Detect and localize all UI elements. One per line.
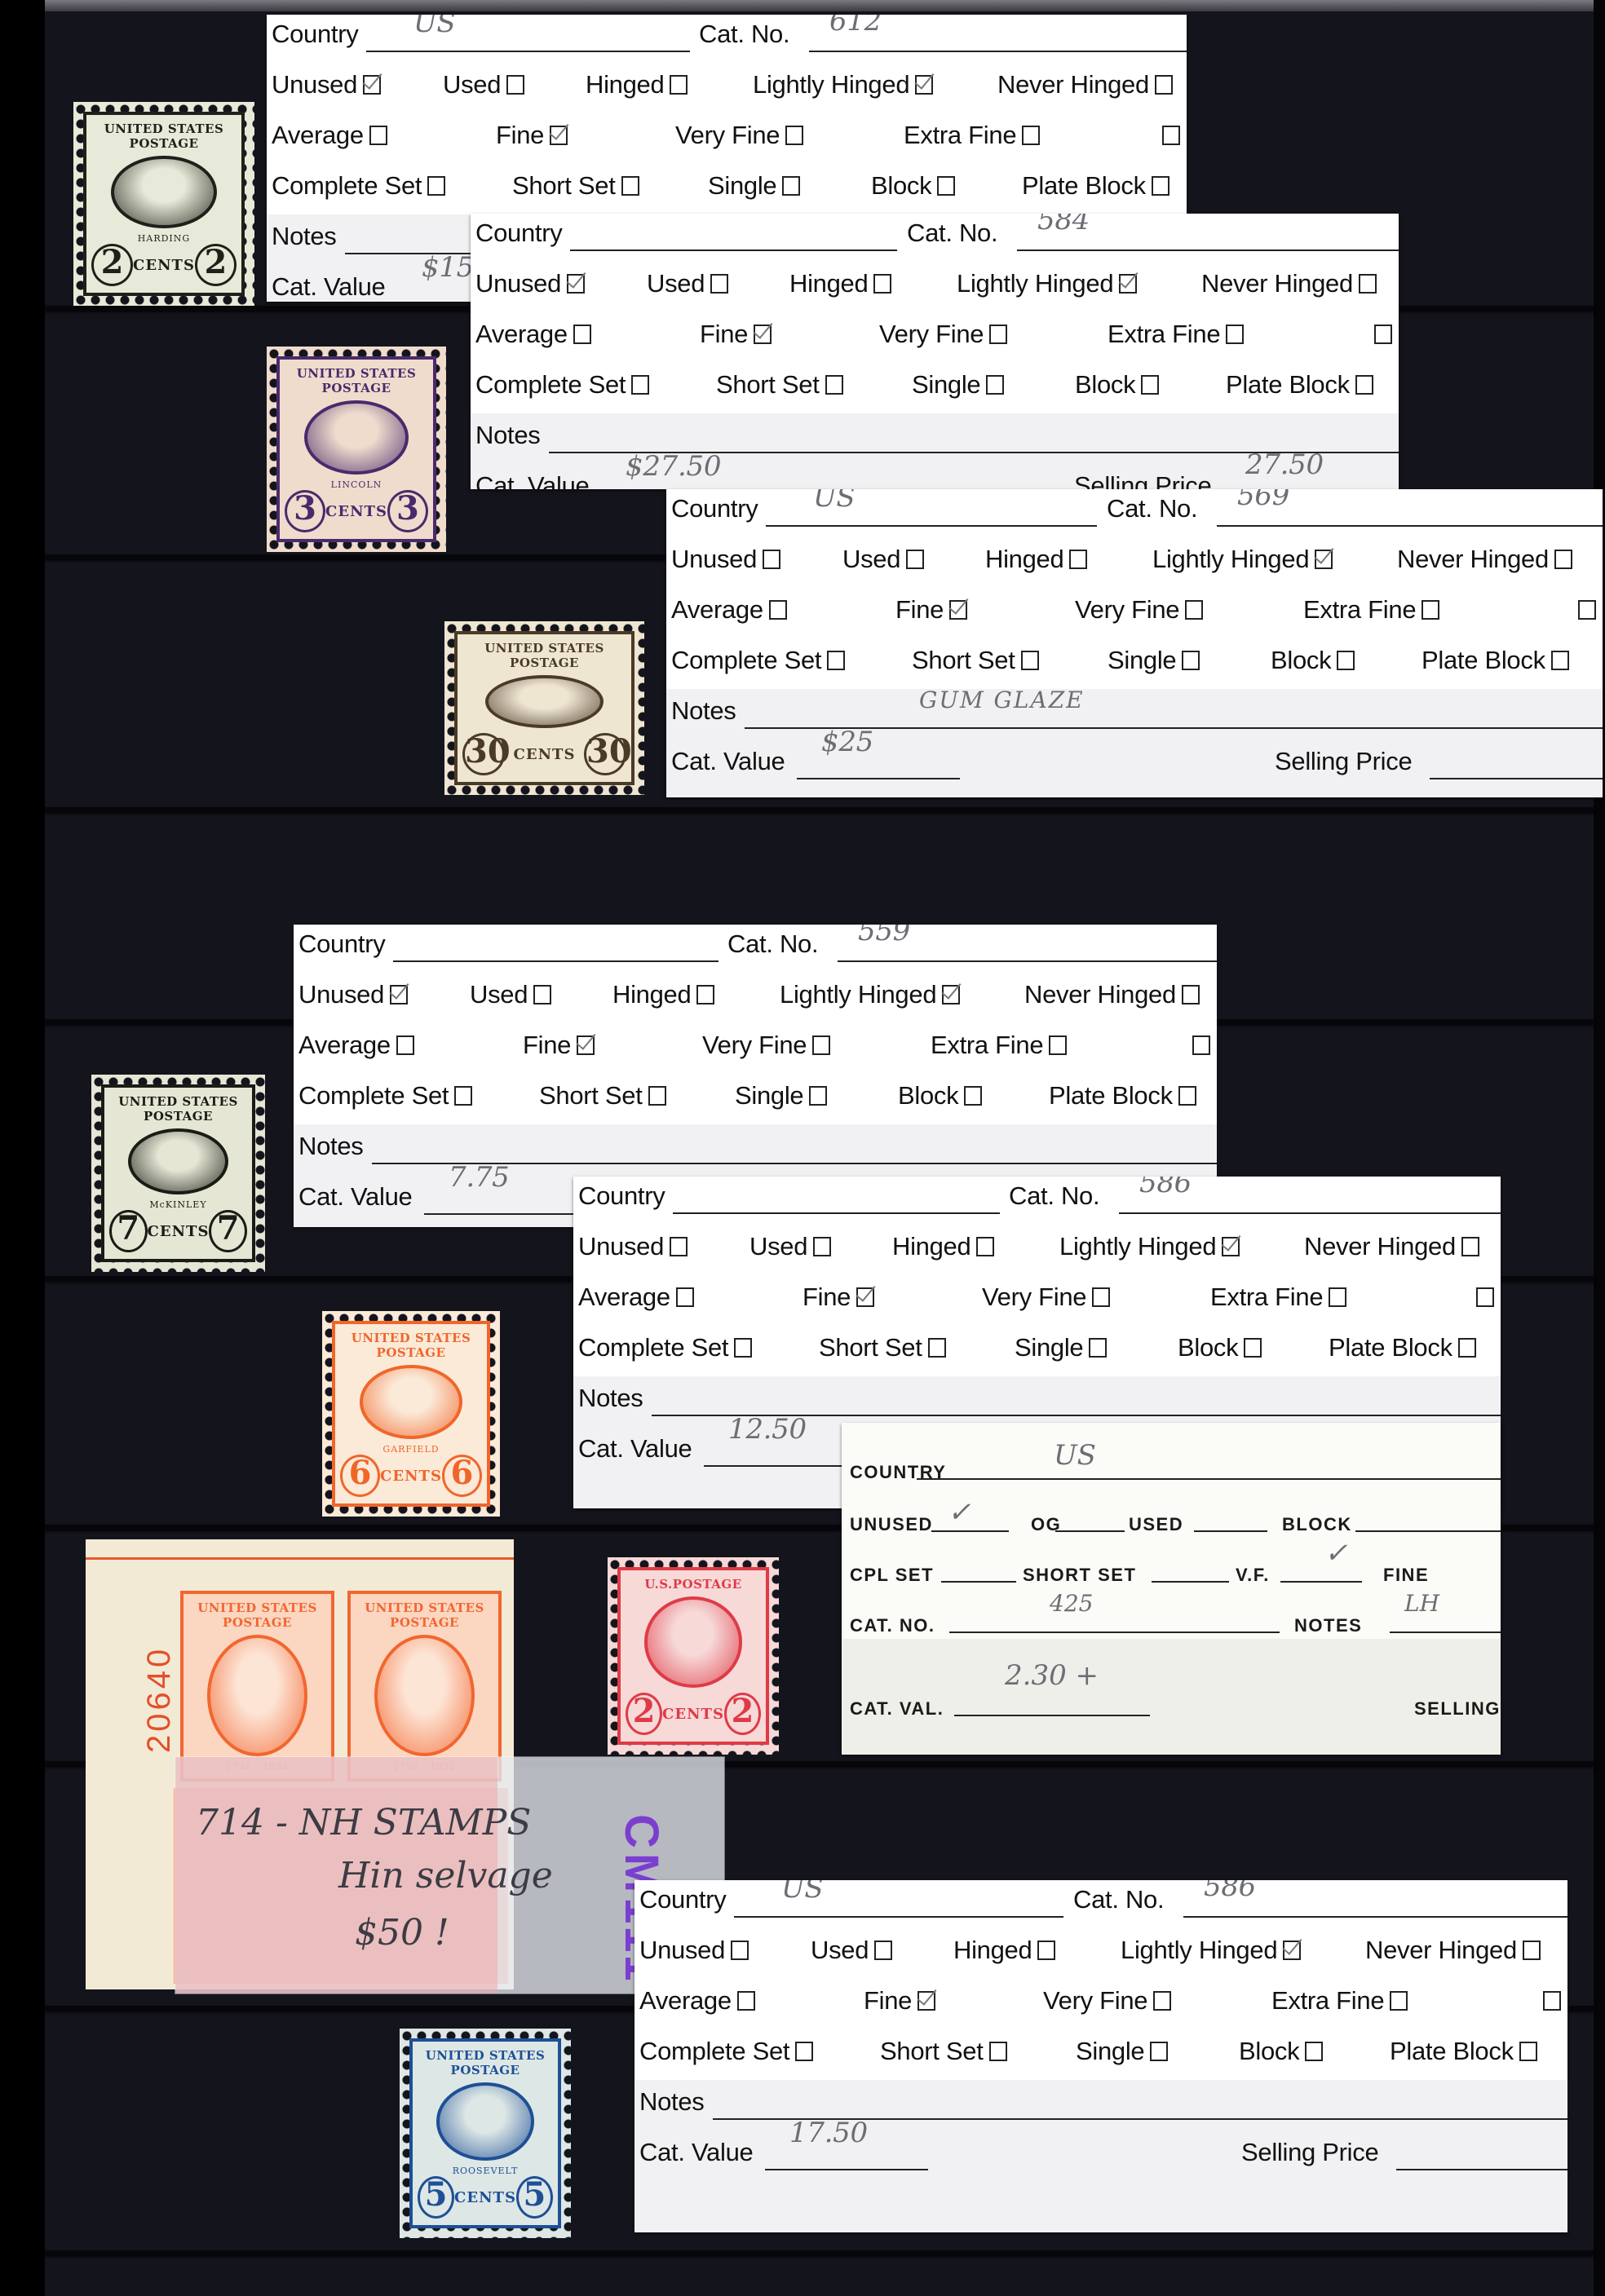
checkbox-plate-block[interactable]: Plate Block xyxy=(1022,171,1169,201)
checkbox-hinged[interactable]: Hinged xyxy=(892,1232,994,1261)
checkbox-single[interactable]: Single xyxy=(1108,646,1200,675)
stamp-garfield[interactable]: UNITED STATES POSTAGE GARFIELD 6 CENTS 6 xyxy=(322,1311,500,1517)
old-block-label: BLOCK xyxy=(1282,1514,1352,1535)
checkbox-label: Used xyxy=(842,545,900,573)
checkbox-icon[interactable] xyxy=(1178,1086,1196,1106)
checkbox-complete-set[interactable]: Complete Set xyxy=(298,1081,472,1110)
checkbox-average[interactable]: Average xyxy=(671,595,787,625)
checkbox-single[interactable]: Single xyxy=(1076,2037,1168,2066)
stamp-title: UNITED STATES POSTAGE xyxy=(188,1601,326,1630)
checkbox-label: Unused xyxy=(578,1232,664,1261)
stamp-harding[interactable]: UNITED STATES POSTAGE HARDING 2 CENTS 2 xyxy=(73,102,254,306)
checkbox-icon[interactable] xyxy=(813,1237,831,1256)
checkbox-icon[interactable] xyxy=(1182,651,1200,670)
denomination: 30 xyxy=(584,733,626,775)
checkbox-icon[interactable] xyxy=(670,1237,688,1256)
checkbox-short-set[interactable]: Short Set xyxy=(716,370,843,400)
checkbox-label: Hinged xyxy=(892,1232,971,1261)
checkbox-icon[interactable] xyxy=(631,375,649,395)
checkbox-icon[interactable] xyxy=(1021,651,1039,670)
cat-no-label: Cat. No. xyxy=(1073,1885,1164,1914)
checkbox-block[interactable]: Block xyxy=(898,1081,982,1110)
stock-strip xyxy=(45,807,1594,812)
checkbox-icon[interactable] xyxy=(1390,1991,1408,2011)
cat-value-value[interactable]: 12.50 xyxy=(728,1413,807,1446)
checkbox-icon[interactable] xyxy=(937,176,955,196)
checkbox-label: Fine xyxy=(496,121,544,149)
checkbox-never-hinged[interactable]: Never Hinged xyxy=(1201,269,1377,298)
checkbox-lightly-hinged[interactable]: Lightly Hinged xyxy=(1152,545,1333,574)
checkbox-label: Very Fine xyxy=(1043,1986,1147,2015)
cat-value-label: Cat. Value xyxy=(578,1434,692,1464)
checkbox-label: Average xyxy=(639,1986,732,2015)
checkbox-used[interactable]: Used xyxy=(647,269,728,298)
notes-label: Notes xyxy=(671,696,736,726)
checkbox-used[interactable]: Used xyxy=(749,1232,831,1261)
checkbox-icon[interactable] xyxy=(731,1941,749,1960)
checkbox-label: Hinged xyxy=(789,269,868,298)
checkbox-label: Never Hinged xyxy=(997,70,1149,99)
old-unused-value[interactable]: ✓ xyxy=(948,1496,971,1529)
checkbox-icon[interactable] xyxy=(986,375,1004,395)
checkbox-plate-block[interactable]: Plate Block xyxy=(1226,370,1373,400)
checkbox-hinged[interactable]: Hinged xyxy=(586,70,688,99)
checkbox-label: Complete Set xyxy=(639,2037,789,2065)
checkbox-icon[interactable] xyxy=(550,126,568,145)
checkbox-unused[interactable]: Unused xyxy=(298,980,408,1009)
checkbox-icon[interactable] xyxy=(1162,126,1180,145)
checkbox-icon[interactable] xyxy=(827,651,845,670)
checkbox-icon[interactable] xyxy=(1226,325,1244,344)
cat-value-value[interactable]: 7.75 xyxy=(449,1161,510,1194)
checkbox-icon[interactable] xyxy=(785,126,803,145)
checkbox-icon[interactable] xyxy=(1244,1338,1262,1358)
checkbox-icon[interactable] xyxy=(1519,2042,1537,2061)
checkbox-icon[interactable] xyxy=(737,1991,755,2011)
checkbox-complete-set[interactable]: Complete Set xyxy=(578,1333,752,1362)
checkbox-never-hinged[interactable]: Never Hinged xyxy=(1365,1936,1541,1965)
checkbox-average[interactable]: Average xyxy=(475,320,591,349)
checkbox-icon[interactable] xyxy=(1089,1338,1107,1358)
checkbox-icon[interactable] xyxy=(696,985,714,1004)
country-line xyxy=(766,525,1097,527)
old-notes-line xyxy=(1390,1631,1501,1633)
country-label: Country xyxy=(639,1885,726,1914)
checkbox-label: Complete Set xyxy=(298,1081,449,1110)
stamp-washington-red[interactable]: U.S.POSTAGE 2 CENTS 2 xyxy=(608,1557,779,1755)
checkbox-icon[interactable] xyxy=(533,985,551,1004)
checkbox-icon[interactable] xyxy=(812,1035,830,1055)
checkbox-unused[interactable]: Unused xyxy=(578,1232,688,1261)
old-notes-value[interactable]: LH xyxy=(1404,1590,1439,1617)
cat-value-line xyxy=(424,1213,587,1215)
checkbox-single[interactable]: Single xyxy=(735,1081,827,1110)
checkbox-icon[interactable] xyxy=(1305,2042,1323,2061)
checkbox-icon[interactable] xyxy=(1461,1237,1479,1256)
cat-no-value[interactable]: 586 xyxy=(1139,1177,1192,1199)
checkbox-icon[interactable] xyxy=(676,1287,694,1307)
checkbox-label: Used xyxy=(749,1232,807,1261)
cat-no-line xyxy=(1217,525,1603,527)
checkbox-average[interactable]: Average xyxy=(639,1986,755,2016)
checkbox-hinged[interactable]: Hinged xyxy=(789,269,891,298)
country-value[interactable]: US xyxy=(813,489,855,514)
stamp-face: U.S.POSTAGE 2 CENTS 2 xyxy=(617,1567,769,1745)
checkbox-label: Fine xyxy=(895,595,944,624)
cat-no-label: Cat. No. xyxy=(907,219,997,248)
checkbox-unused[interactable]: Unused xyxy=(639,1936,749,1965)
cat-no-line xyxy=(838,960,1217,962)
checkbox-icon[interactable] xyxy=(1152,176,1169,196)
checkbox-never-hinged[interactable]: Never Hinged xyxy=(1024,980,1200,1009)
checkbox-icon[interactable] xyxy=(1182,985,1200,1004)
checkbox-extra-fine[interactable]: Extra Fine xyxy=(1108,320,1244,349)
checkbox-extra-fine[interactable]: Extra Fine xyxy=(1303,595,1439,625)
country-line xyxy=(570,249,897,251)
checkbox-icon[interactable] xyxy=(989,325,1007,344)
checkbox-icon[interactable] xyxy=(390,985,408,1004)
stamp-bison[interactable]: UNITED STATES POSTAGE 30 CENTS 30 xyxy=(444,621,644,795)
checkbox-icon[interactable] xyxy=(1283,1941,1301,1960)
checkbox-icon[interactable] xyxy=(1049,1035,1067,1055)
checkbox-short-set[interactable]: Short Set xyxy=(880,2037,1007,2066)
checkbox-very-fine[interactable]: Very Fine xyxy=(702,1031,830,1060)
checkbox-icon[interactable] xyxy=(648,1086,666,1106)
cat-no-line xyxy=(809,51,1187,52)
checkbox-icon[interactable] xyxy=(964,1086,982,1106)
checkbox-label: Never Hinged xyxy=(1304,1232,1456,1261)
checkbox-used[interactable]: Used xyxy=(842,545,924,574)
cat-no-value[interactable]: 584 xyxy=(1037,214,1090,236)
old-vf-value[interactable]: ✓ xyxy=(1324,1537,1348,1570)
checkbox-fine[interactable]: Fine xyxy=(802,1283,874,1312)
checkbox-block[interactable]: Block xyxy=(1239,2037,1323,2066)
checkbox-icon[interactable] xyxy=(1554,550,1572,569)
checkbox-label: Plate Block xyxy=(1329,1333,1452,1362)
checkbox-label: Never Hinged xyxy=(1365,1936,1517,1964)
checkbox-icon[interactable] xyxy=(1458,1338,1476,1358)
cat-no-value[interactable]: 612 xyxy=(829,15,882,38)
checkbox-used[interactable]: Used xyxy=(443,70,524,99)
checkbox-icon[interactable] xyxy=(1355,375,1373,395)
checkbox-average[interactable]: Average xyxy=(578,1283,694,1312)
checkbox-icon[interactable] xyxy=(763,550,780,569)
checkbox-unlabeled[interactable] xyxy=(1537,1986,1561,2016)
checkbox-block[interactable]: Block xyxy=(1075,370,1159,400)
checkbox-icon[interactable] xyxy=(873,274,891,294)
glassine-note-line1: 714 - NH STAMPS xyxy=(196,1802,531,1843)
checkbox-icon[interactable] xyxy=(621,176,639,196)
checkbox-lightly-hinged[interactable]: Lightly Hinged xyxy=(780,980,960,1009)
checkbox-lightly-hinged[interactable]: Lightly Hinged xyxy=(1121,1936,1301,1965)
checkbox-icon[interactable] xyxy=(1141,375,1159,395)
country-value[interactable]: US xyxy=(413,15,455,39)
checkbox-label: Short Set xyxy=(539,1081,643,1110)
old-vf-label: V.F. xyxy=(1236,1565,1270,1586)
checkbox-icon[interactable] xyxy=(1422,600,1439,620)
portrait-icon xyxy=(207,1635,307,1756)
cents-label: CENTS xyxy=(514,746,576,763)
checkbox-icon[interactable] xyxy=(1359,274,1377,294)
checkbox-label: Unused xyxy=(639,1936,725,1964)
checkbox-icon[interactable] xyxy=(769,600,787,620)
country-value[interactable]: US xyxy=(781,1880,823,1905)
checkbox-icon[interactable] xyxy=(809,1086,827,1106)
checkbox-icon[interactable] xyxy=(874,1941,892,1960)
checkbox-very-fine[interactable]: Very Fine xyxy=(1075,595,1203,625)
checkbox-plate-block[interactable]: Plate Block xyxy=(1390,2037,1537,2066)
stock-strip xyxy=(45,2250,1594,2255)
checkbox-icon[interactable] xyxy=(1150,2042,1168,2061)
id-card[interactable]: Country Cat. No. 584 UnusedUsedHingedLig… xyxy=(471,214,1399,489)
checkbox-unused[interactable]: Unused xyxy=(272,70,381,99)
checkbox-icon[interactable] xyxy=(670,75,688,95)
checkbox-lightly-hinged[interactable]: Lightly Hinged xyxy=(1059,1232,1240,1261)
cat-value-label: Cat. Value xyxy=(272,272,385,302)
denomination: 7 xyxy=(209,1210,247,1252)
checkbox-unlabeled[interactable] xyxy=(1470,1283,1494,1312)
cat-no-value[interactable]: 559 xyxy=(858,925,910,947)
checkbox-hinged[interactable]: Hinged xyxy=(985,545,1087,574)
checkbox-icon[interactable] xyxy=(1092,1287,1110,1307)
checkbox-plate-block[interactable]: Plate Block xyxy=(1049,1081,1196,1110)
selling-price-value[interactable]: 27.50 xyxy=(1245,448,1324,481)
plate-number: 20640 xyxy=(141,1646,178,1753)
cents-label: CENTS xyxy=(380,1468,442,1485)
checkbox-icon[interactable] xyxy=(949,600,967,620)
checkbox-icon[interactable] xyxy=(856,1287,874,1307)
cat-value-value[interactable]: 17.50 xyxy=(789,2117,868,2149)
checkbox-icon[interactable] xyxy=(825,375,843,395)
old-used-label: USED xyxy=(1129,1514,1183,1535)
stamp-face: UNITED STATES POSTAGE LINCOLN 3 CENTS 3 xyxy=(276,356,436,542)
checkbox-icon[interactable] xyxy=(906,550,924,569)
checkbox-icon[interactable] xyxy=(1185,600,1203,620)
stamp-title: UNITED STATES POSTAGE xyxy=(340,1331,482,1360)
checkbox-label: Very Fine xyxy=(702,1031,807,1059)
checkbox-short-set[interactable]: Short Set xyxy=(539,1081,666,1110)
cat-value-value[interactable]: $25 xyxy=(821,726,873,758)
checkbox-hinged[interactable]: Hinged xyxy=(953,1936,1055,1965)
checkbox-icon[interactable] xyxy=(917,1991,935,2011)
checkbox-fine[interactable]: Fine xyxy=(700,320,772,349)
checkbox-fine[interactable]: Fine xyxy=(523,1031,595,1060)
checkbox-unlabeled[interactable] xyxy=(1572,595,1596,625)
glassine-note-line3: $50 ! xyxy=(355,1912,449,1954)
checkbox-icon[interactable] xyxy=(1119,274,1137,294)
checkbox-icon[interactable] xyxy=(710,274,728,294)
checkbox-single[interactable]: Single xyxy=(912,370,1004,400)
cat-value-label: Cat. Value xyxy=(298,1182,412,1212)
checkbox-complete-set[interactable]: Complete Set xyxy=(272,171,445,201)
id-card[interactable]: Country US Cat. No. 586 UnusedUsedHinged… xyxy=(634,1880,1567,2232)
notes-value[interactable]: GUM GLAZE xyxy=(919,687,1085,713)
checkbox-icon[interactable] xyxy=(369,126,387,145)
country-label: Country xyxy=(671,494,758,523)
checkbox-icon[interactable] xyxy=(454,1086,472,1106)
checkbox-icon[interactable] xyxy=(573,325,591,344)
checkbox-very-fine[interactable]: Very Fine xyxy=(879,320,1007,349)
denomination: 3 xyxy=(285,490,325,532)
cat-value-value[interactable]: $27.50 xyxy=(626,450,721,483)
id-card[interactable]: Country US Cat. No. 569 UnusedUsedHinged… xyxy=(666,489,1603,797)
checkbox-icon[interactable] xyxy=(1037,1941,1055,1960)
cat-no-value[interactable]: 586 xyxy=(1204,1880,1256,1903)
checkbox-short-set[interactable]: Short Set xyxy=(912,646,1039,675)
checkbox-unlabeled[interactable] xyxy=(1368,320,1392,349)
notes-label: Notes xyxy=(475,421,540,450)
checkbox-used[interactable]: Used xyxy=(470,980,551,1009)
checkbox-very-fine[interactable]: Very Fine xyxy=(1043,1986,1171,2016)
checkbox-label: Plate Block xyxy=(1022,171,1146,200)
checkbox-short-set[interactable]: Short Set xyxy=(819,1333,946,1362)
checkbox-icon[interactable] xyxy=(1155,75,1173,95)
checkbox-icon[interactable] xyxy=(734,1338,752,1358)
stamp-mckinley[interactable]: UNITED STATES POSTAGE McKINLEY 7 CENTS 7 xyxy=(91,1075,265,1272)
checkbox-unused[interactable]: Unused xyxy=(671,545,780,574)
checkbox-unused[interactable]: Unused xyxy=(475,269,585,298)
stamp-denominations: 7 CENTS 7 xyxy=(109,1210,247,1252)
checkbox-block[interactable]: Block xyxy=(1178,1333,1262,1362)
denomination: 2 xyxy=(626,1693,662,1735)
checkbox-label: Plate Block xyxy=(1049,1081,1173,1110)
checkbox-icon[interactable] xyxy=(1476,1287,1494,1307)
checkbox-icon[interactable] xyxy=(1337,651,1355,670)
checkbox-icon[interactable] xyxy=(1222,1237,1240,1256)
checkbox-fine[interactable]: Fine xyxy=(864,1986,935,2016)
checkbox-label: Complete Set xyxy=(475,370,626,399)
checkbox-label: Hinged xyxy=(612,980,691,1009)
denomination: 2 xyxy=(195,244,237,286)
checkbox-single[interactable]: Single xyxy=(708,171,800,201)
checkbox-complete-set[interactable]: Complete Set xyxy=(475,370,649,400)
checkbox-block[interactable]: Block xyxy=(1271,646,1355,675)
checkbox-icon[interactable] xyxy=(915,75,933,95)
checkbox-icon[interactable] xyxy=(1374,325,1392,344)
old-unused-label: UNUSED xyxy=(850,1514,933,1535)
denomination: 6 xyxy=(340,1455,380,1497)
checkbox-icon[interactable] xyxy=(1578,600,1596,620)
checkbox-icon[interactable] xyxy=(1192,1035,1210,1055)
checkbox-label: Hinged xyxy=(985,545,1063,573)
checkbox-complete-set[interactable]: Complete Set xyxy=(639,2037,813,2066)
checkbox-icon[interactable] xyxy=(942,985,960,1004)
cat-value-line xyxy=(765,2169,928,2170)
stamp-lincoln[interactable]: UNITED STATES POSTAGE LINCOLN 3 CENTS 3 xyxy=(267,347,446,552)
checkbox-never-hinged[interactable]: Never Hinged xyxy=(1304,1232,1479,1261)
old-cat-val-value[interactable]: 2.30 + xyxy=(1005,1659,1099,1692)
cat-value-value[interactable]: $15 xyxy=(422,251,474,284)
checkbox-icon[interactable] xyxy=(928,1338,946,1358)
checkbox-label: Block xyxy=(1178,1333,1238,1362)
checkbox-icon[interactable] xyxy=(782,176,800,196)
checkbox-label: Single xyxy=(1076,2037,1144,2065)
portrait-icon xyxy=(304,400,409,475)
checkbox-lightly-hinged[interactable]: Lightly Hinged xyxy=(957,269,1137,298)
checkbox-icon[interactable] xyxy=(1153,1991,1171,2011)
checkbox-fine[interactable]: Fine xyxy=(895,595,967,625)
checkbox-icon[interactable] xyxy=(577,1035,595,1055)
checkbox-label: Lightly Hinged xyxy=(1059,1232,1216,1261)
checkbox-short-set[interactable]: Short Set xyxy=(512,171,639,201)
checkbox-plate-block[interactable]: Plate Block xyxy=(1329,1333,1476,1362)
stamp-face: UNITED STATES POSTAGE McKINLEY 7 CENTS 7 xyxy=(101,1084,255,1262)
checkbox-icon[interactable] xyxy=(1315,550,1333,569)
checkbox-icon[interactable] xyxy=(1523,1941,1541,1960)
selling-price-label: Selling Price xyxy=(1241,2138,1378,2167)
checkbox-label: Used xyxy=(647,269,705,298)
checkbox-hinged[interactable]: Hinged xyxy=(612,980,714,1009)
checkbox-label: Used xyxy=(811,1936,869,1964)
stamp-title: UNITED STATES POSTAGE xyxy=(356,1601,493,1630)
checkbox-fine[interactable]: Fine xyxy=(496,121,568,150)
checkbox-average[interactable]: Average xyxy=(272,121,387,150)
checkbox-icon[interactable] xyxy=(754,325,772,344)
cat-no-value[interactable]: 569 xyxy=(1237,489,1289,512)
checkbox-never-hinged[interactable]: Never Hinged xyxy=(1397,545,1572,574)
checkbox-icon[interactable] xyxy=(396,1035,414,1055)
checkbox-extra-fine[interactable]: Extra Fine xyxy=(1271,1986,1408,2016)
checkbox-label: Unused xyxy=(298,980,384,1009)
checkbox-icon[interactable] xyxy=(1551,651,1569,670)
checkbox-icon[interactable] xyxy=(1329,1287,1346,1307)
checkbox-icon[interactable] xyxy=(567,274,585,294)
cat-no-label: Cat. No. xyxy=(699,20,789,49)
checkbox-extra-fine[interactable]: Extra Fine xyxy=(904,121,1040,150)
checkbox-label: Fine xyxy=(864,1986,912,2015)
checkbox-very-fine[interactable]: Very Fine xyxy=(675,121,803,150)
checkbox-icon[interactable] xyxy=(427,176,445,196)
checkbox-extra-fine[interactable]: Extra Fine xyxy=(1210,1283,1346,1312)
checkbox-icon[interactable] xyxy=(1069,550,1087,569)
checkbox-icon[interactable] xyxy=(1022,126,1040,145)
checkbox-single[interactable]: Single xyxy=(1015,1333,1107,1362)
checkbox-icon[interactable] xyxy=(976,1237,994,1256)
checkbox-never-hinged[interactable]: Never Hinged xyxy=(997,70,1173,99)
stamp-denominations: 2 CENTS 2 xyxy=(626,1693,761,1735)
checkbox-label: Complete Set xyxy=(272,171,422,200)
checkbox-average[interactable]: Average xyxy=(298,1031,414,1060)
checkbox-icon[interactable] xyxy=(1543,1991,1561,2011)
portrait-icon xyxy=(360,1365,462,1439)
cents-label: CENTS xyxy=(325,503,387,520)
checkbox-icon[interactable] xyxy=(363,75,381,95)
old-country-value[interactable]: US xyxy=(1054,1439,1096,1472)
country-line xyxy=(673,1212,1000,1214)
stamp-roosevelt[interactable]: UNITED STATES POSTAGE ROOSEVELT 5 CENTS … xyxy=(400,2029,571,2238)
old-cat-no-value[interactable]: 425 xyxy=(1050,1590,1093,1617)
denomination: 2 xyxy=(91,244,133,286)
checkbox-icon[interactable] xyxy=(989,2042,1007,2061)
country-line xyxy=(393,960,718,962)
checkbox-very-fine[interactable]: Very Fine xyxy=(982,1283,1110,1312)
checkbox-unlabeled[interactable] xyxy=(1187,1031,1210,1060)
checkbox-extra-fine[interactable]: Extra Fine xyxy=(931,1031,1067,1060)
checkbox-icon[interactable] xyxy=(506,75,524,95)
checkbox-complete-set[interactable]: Complete Set xyxy=(671,646,845,675)
portrait-icon xyxy=(374,1635,475,1756)
checkbox-lightly-hinged[interactable]: Lightly Hinged xyxy=(753,70,933,99)
checkbox-plate-block[interactable]: Plate Block xyxy=(1422,646,1569,675)
old-id-card[interactable]: COUNTRY US UNUSED ✓ OG USED BLOCK CPL SE… xyxy=(842,1423,1501,1755)
checkbox-icon[interactable] xyxy=(795,2042,813,2061)
checkbox-used[interactable]: Used xyxy=(811,1936,892,1965)
checkbox-label: Used xyxy=(470,980,528,1009)
checkbox-unlabeled[interactable] xyxy=(1156,121,1180,150)
checkbox-block[interactable]: Block xyxy=(871,171,955,201)
selvage-line xyxy=(86,1557,514,1560)
checkbox-label: Extra Fine xyxy=(931,1031,1043,1059)
